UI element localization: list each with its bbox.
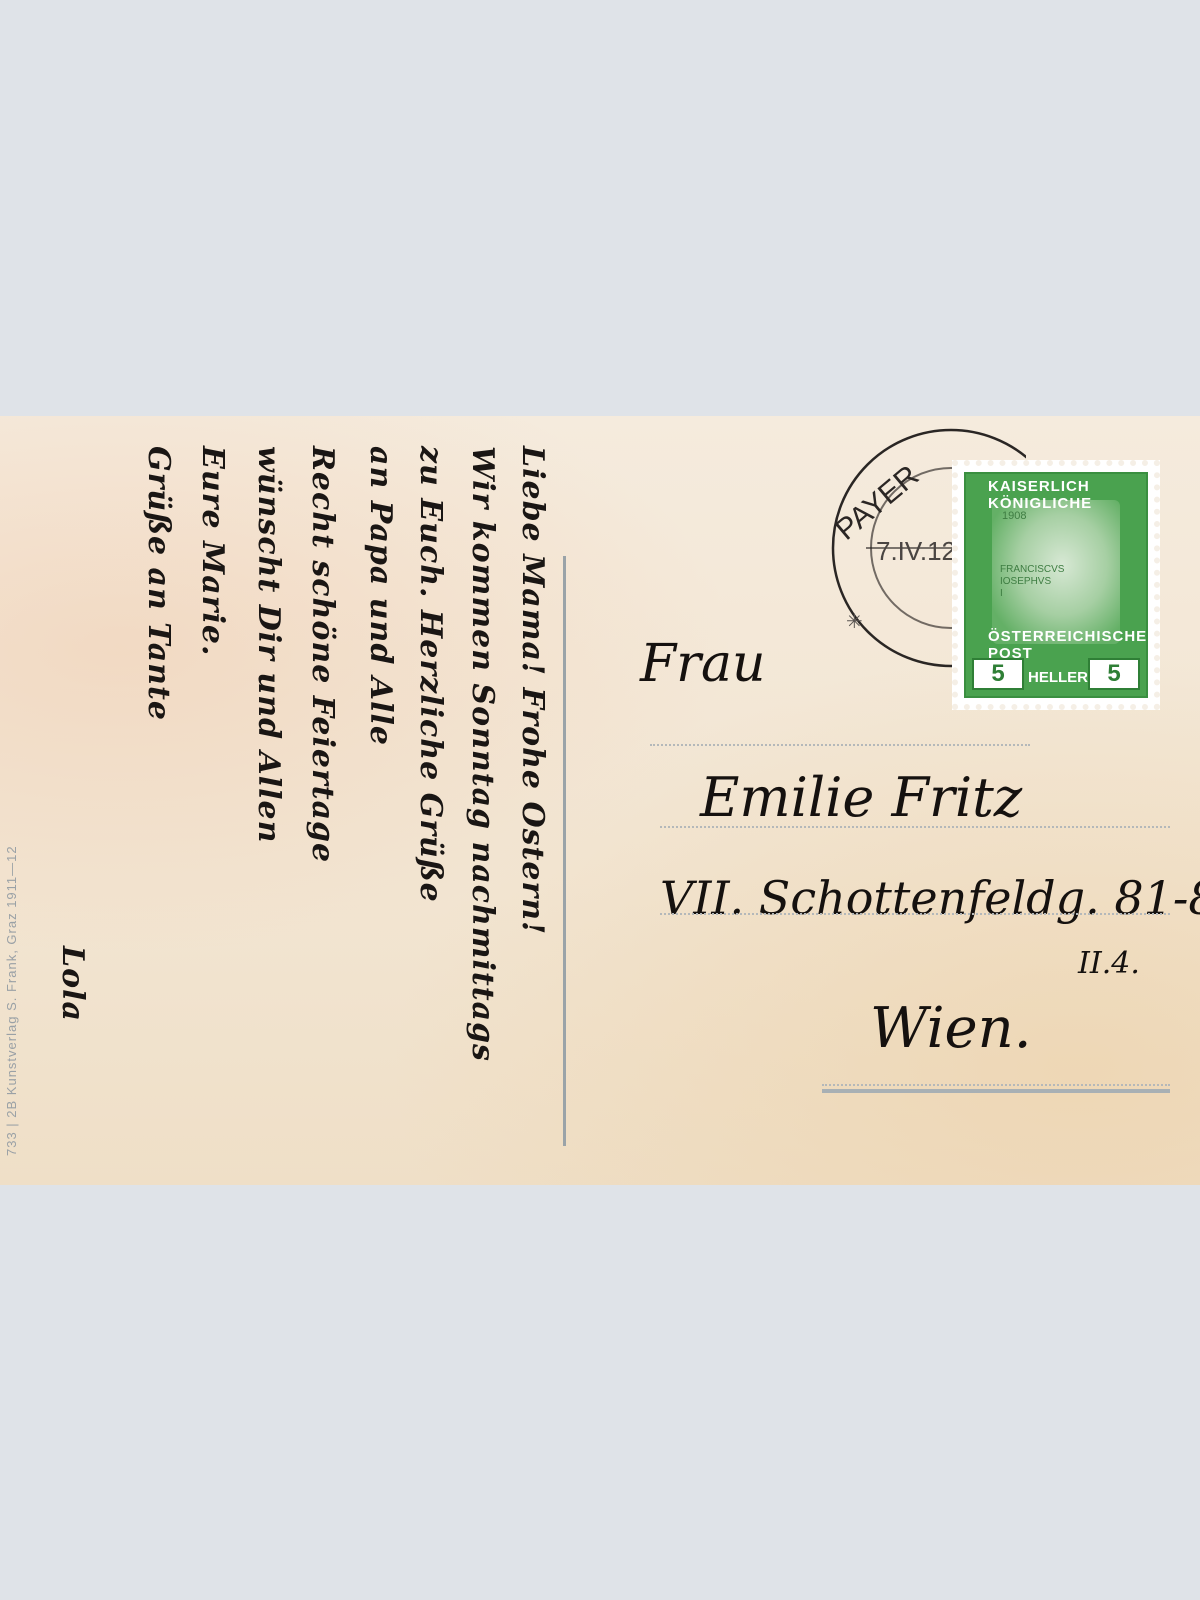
- message-line: Grüße an Tante: [116, 446, 176, 1166]
- svg-text:✳: ✳: [846, 609, 863, 633]
- address-salutation: Frau: [640, 634, 765, 694]
- stamp-value-left: 5: [972, 658, 1024, 690]
- address-underline: [822, 1089, 1170, 1093]
- message-line: wünscht Dir und Allen: [226, 446, 286, 1166]
- address-city: Wien.: [870, 996, 1032, 1061]
- postcard-back: 733 | 2B Kunstverlag S. Frank, Graz 1911…: [0, 416, 1200, 1185]
- address-dotted-line: [822, 1084, 1170, 1086]
- address-dotted-line: [660, 913, 1170, 915]
- svg-text:PAYER: PAYER: [829, 459, 925, 547]
- address-recipient-name: Emilie Fritz: [700, 766, 1022, 829]
- stamp-value-right: 5: [1088, 658, 1140, 690]
- stamp-caption: FRANCISCVS IOSEPHVS I: [1000, 564, 1050, 600]
- message-line: Recht schöne Feiertage: [280, 446, 340, 1166]
- address-dotted-line: [650, 744, 1030, 746]
- stamp-top-text: KAISERLICH KÖNIGLICHE: [988, 478, 1146, 512]
- stamp-bottom-text: ÖSTERREICHISCHE POST: [988, 628, 1147, 662]
- message-line: Wir kommen Sonntag nachmittags: [440, 446, 500, 1166]
- address-street: VII. Schottenfeldg. 81-83.: [660, 871, 1200, 925]
- stamp-denomination: HELLER: [1028, 669, 1084, 686]
- signature: Lola: [30, 946, 90, 1146]
- divider-line: [563, 556, 566, 1146]
- postage-stamp: 1908 FRANCISCVS IOSEPHVS I KAISERLICH KÖ…: [952, 460, 1160, 710]
- address-dotted-line: [660, 826, 1170, 828]
- message-line: Eure Marie.: [170, 446, 230, 1166]
- handwritten-message: Liebe Mama! Frohe Ostern! Wir kommen Son…: [20, 426, 560, 1176]
- address-floor-door: II.4.: [1078, 946, 1140, 981]
- message-line: an Papa und Alle: [338, 446, 398, 1166]
